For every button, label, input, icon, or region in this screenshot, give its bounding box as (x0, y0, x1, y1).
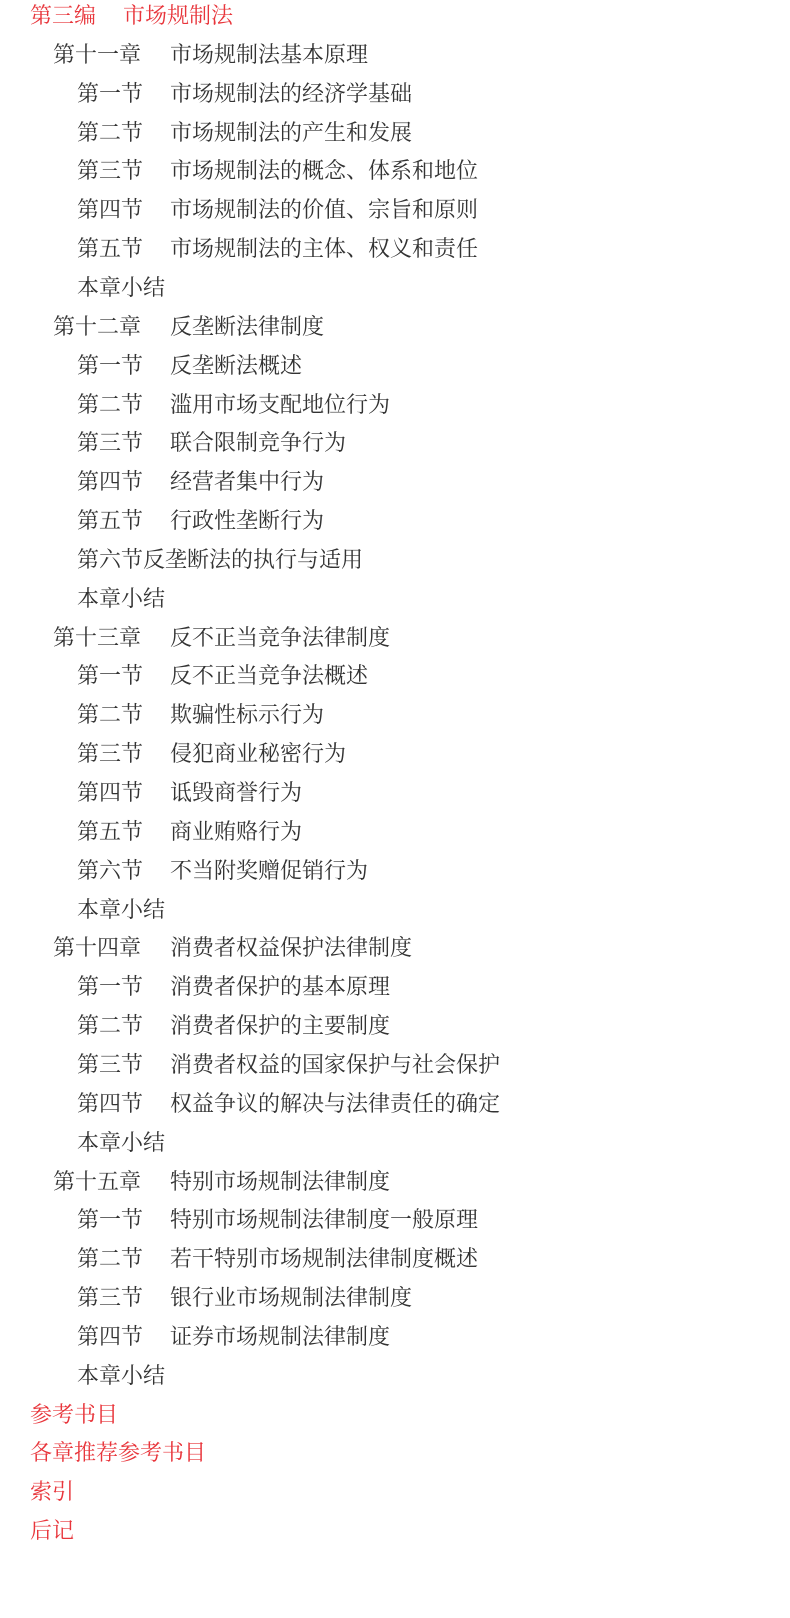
toc-item-number: 第五节 (77, 505, 143, 539)
toc-item-number: 第三节 (77, 738, 143, 772)
toc-item-title: 消费者保护的基本原理 (170, 971, 390, 1005)
toc-section-link[interactable]: 第三节侵犯商业秘密行为 (77, 738, 143, 776)
toc-chapter-link[interactable]: 第十五章特别市场规制法律制度 (53, 1166, 141, 1204)
toc-section-link[interactable]: 第五节市场规制法的主体、权义和责任 (77, 233, 143, 271)
toc-item-number: 第三编 (30, 0, 96, 34)
toc-item-title: 反不正当竞争法概述 (170, 660, 368, 694)
toc-section-link[interactable]: 第二节若干特别市场规制法律制度概述 (77, 1243, 143, 1281)
toc-section-link[interactable]: 第二节滥用市场支配地位行为 (77, 389, 143, 427)
toc-item-number: 第一节 (77, 660, 143, 694)
toc-item-title: 银行业市场规制法律制度 (170, 1282, 412, 1316)
toc-section-link[interactable]: 本章小结 (77, 894, 165, 932)
toc-item-title: 消费者保护的主要制度 (170, 1010, 390, 1044)
toc-item-title: 市场规制法基本原理 (170, 39, 368, 73)
toc-section-link[interactable]: 本章小结 (77, 1127, 165, 1165)
toc-item-number: 第十三章 (53, 622, 141, 656)
toc-section-link[interactable]: 第一节消费者保护的基本原理 (77, 971, 143, 1009)
toc-section-link[interactable]: 第四节经营者集中行为 (77, 466, 143, 504)
toc-item-number: 第十二章 (53, 311, 141, 345)
toc-item-title: 诋毁商誉行为 (170, 777, 302, 811)
toc-section-link[interactable]: 第二节消费者保护的主要制度 (77, 1010, 143, 1048)
toc-section-link[interactable]: 第四节权益争议的解决与法律责任的确定 (77, 1088, 143, 1126)
toc-item-number: 第十五章 (53, 1166, 141, 1200)
toc-item-title: 欺骗性标示行为 (170, 699, 324, 733)
toc-item-title: 特别市场规制法律制度 (170, 1166, 390, 1200)
toc-section-link[interactable]: 第六节不当附奖赠促销行为 (77, 855, 143, 893)
toc-item-number: 第四节 (77, 1321, 143, 1355)
toc-section-link[interactable]: 第三节银行业市场规制法律制度 (77, 1282, 143, 1320)
toc-item-title: 反垄断法律制度 (170, 311, 324, 345)
toc-item-title: 后记 (30, 1519, 74, 1544)
toc-item-number: 第五节 (77, 233, 143, 267)
toc-item-title: 市场规制法的主体、权义和责任 (170, 233, 478, 267)
toc-item-number: 第一节 (77, 78, 143, 112)
toc-item-number: 第六节 (77, 855, 143, 889)
toc-item-number: 第三节 (77, 155, 143, 189)
toc-section-link[interactable]: 第五节行政性垄断行为 (77, 505, 143, 543)
toc-item-title: 消费者权益的国家保护与社会保护 (170, 1049, 500, 1083)
toc-part-link[interactable]: 索引 (30, 1476, 74, 1514)
toc-item-title: 权益争议的解决与法律责任的确定 (170, 1088, 500, 1122)
toc-section-link[interactable]: 第四节证券市场规制法律制度 (77, 1321, 143, 1359)
toc-item-number: 第二节 (77, 389, 143, 423)
toc-item-title: 若干特别市场规制法律制度概述 (170, 1243, 478, 1277)
toc-item-title: 市场规制法的经济学基础 (170, 78, 412, 112)
toc-item-number: 第四节 (77, 1088, 143, 1122)
toc-section-link[interactable]: 第六节反垄断法的执行与适用 (77, 544, 363, 582)
toc-item-title: 联合限制竞争行为 (170, 427, 346, 461)
toc-section-link[interactable]: 第三节消费者权益的国家保护与社会保护 (77, 1049, 143, 1087)
toc-item-title: 各章推荐参考书目 (30, 1441, 206, 1466)
toc-section-link[interactable]: 第一节特别市场规制法律制度一般原理 (77, 1204, 143, 1242)
toc-item-number: 第三节 (77, 1282, 143, 1316)
toc-item-number: 第三节 (77, 1049, 143, 1083)
toc-section-link[interactable]: 第三节市场规制法的概念、体系和地位 (77, 155, 143, 193)
toc-item-title: 经营者集中行为 (170, 466, 324, 500)
toc-item-number: 第二节 (77, 1243, 143, 1277)
toc-section-link[interactable]: 第二节市场规制法的产生和发展 (77, 117, 143, 155)
toc-item-number: 第十四章 (53, 932, 141, 966)
toc-item-title: 消费者权益保护法律制度 (170, 932, 412, 966)
toc-section-link[interactable]: 第四节诋毁商誉行为 (77, 777, 143, 815)
toc-section-link[interactable]: 第一节反不正当竞争法概述 (77, 660, 143, 698)
toc-item-title: 侵犯商业秘密行为 (170, 738, 346, 772)
toc-item-title: 索引 (30, 1480, 74, 1505)
toc-item-number: 第一节 (77, 350, 143, 384)
toc-section-link[interactable]: 本章小结 (77, 1360, 165, 1398)
toc-item-title: 市场规制法的产生和发展 (170, 117, 412, 151)
toc-item-title: 市场规制法 (123, 0, 233, 34)
toc-item-number: 第二节 (77, 117, 143, 151)
toc-item-title: 特别市场规制法律制度一般原理 (170, 1204, 478, 1238)
toc-part-link[interactable]: 后记 (30, 1515, 74, 1553)
toc-item-title: 本章小结 (77, 898, 165, 923)
toc-item-number: 第十一章 (53, 39, 141, 73)
toc-item-number: 第四节 (77, 466, 143, 500)
toc-part-link[interactable]: 参考书目 (30, 1399, 118, 1437)
toc-section-link[interactable]: 第一节市场规制法的经济学基础 (77, 78, 143, 116)
toc-section-link[interactable]: 本章小结 (77, 583, 165, 621)
toc-section-link[interactable]: 第五节商业贿赂行为 (77, 816, 143, 854)
toc-chapter-link[interactable]: 第十二章反垄断法律制度 (53, 311, 141, 349)
toc-section-link[interactable]: 第一节反垄断法概述 (77, 350, 143, 388)
toc-item-title: 不当附奖赠促销行为 (170, 855, 368, 889)
toc-item-title: 本章小结 (77, 587, 165, 612)
toc-part-link[interactable]: 各章推荐参考书目 (30, 1437, 206, 1475)
toc-section-link[interactable]: 第四节市场规制法的价值、宗旨和原则 (77, 194, 143, 232)
toc-item-title: 本章小结 (77, 1131, 165, 1156)
toc-section-link[interactable]: 第三节联合限制竞争行为 (77, 427, 143, 465)
toc-item-title: 反垄断法概述 (170, 350, 302, 384)
toc-chapter-link[interactable]: 第十三章反不正当竞争法律制度 (53, 622, 141, 660)
toc-item-number: 第一节 (77, 971, 143, 1005)
toc-item-number: 第三节 (77, 427, 143, 461)
toc-item-title: 参考书目 (30, 1403, 118, 1428)
toc-chapter-link[interactable]: 第十四章消费者权益保护法律制度 (53, 932, 141, 970)
toc-section-link[interactable]: 本章小结 (77, 272, 165, 310)
toc-item-number: 第四节 (77, 777, 143, 811)
toc-item-title: 本章小结 (77, 1364, 165, 1389)
toc-part-link[interactable]: 第三编市场规制法 (30, 0, 96, 38)
toc-item-title: 本章小结 (77, 276, 165, 301)
toc-chapter-link[interactable]: 第十一章市场规制法基本原理 (53, 39, 141, 77)
toc-item-number: 第一节 (77, 1204, 143, 1238)
toc-section-link[interactable]: 第二节欺骗性标示行为 (77, 699, 143, 737)
toc-item-title: 反不正当竞争法律制度 (170, 622, 390, 656)
toc-item-title: 证券市场规制法律制度 (170, 1321, 390, 1355)
toc-item-title: 行政性垄断行为 (170, 505, 324, 539)
toc-item-title: 滥用市场支配地位行为 (170, 389, 390, 423)
toc-item-number: 第五节 (77, 816, 143, 850)
toc-item-number: 第四节 (77, 194, 143, 228)
toc-item-number: 第二节 (77, 1010, 143, 1044)
toc-item-number: 第二节 (77, 699, 143, 733)
toc-item-title: 市场规制法的概念、体系和地位 (170, 155, 478, 189)
toc-item-title: 市场规制法的价值、宗旨和原则 (170, 194, 478, 228)
toc-item-title: 第六节反垄断法的执行与适用 (77, 548, 363, 573)
toc-item-title: 商业贿赂行为 (170, 816, 302, 850)
